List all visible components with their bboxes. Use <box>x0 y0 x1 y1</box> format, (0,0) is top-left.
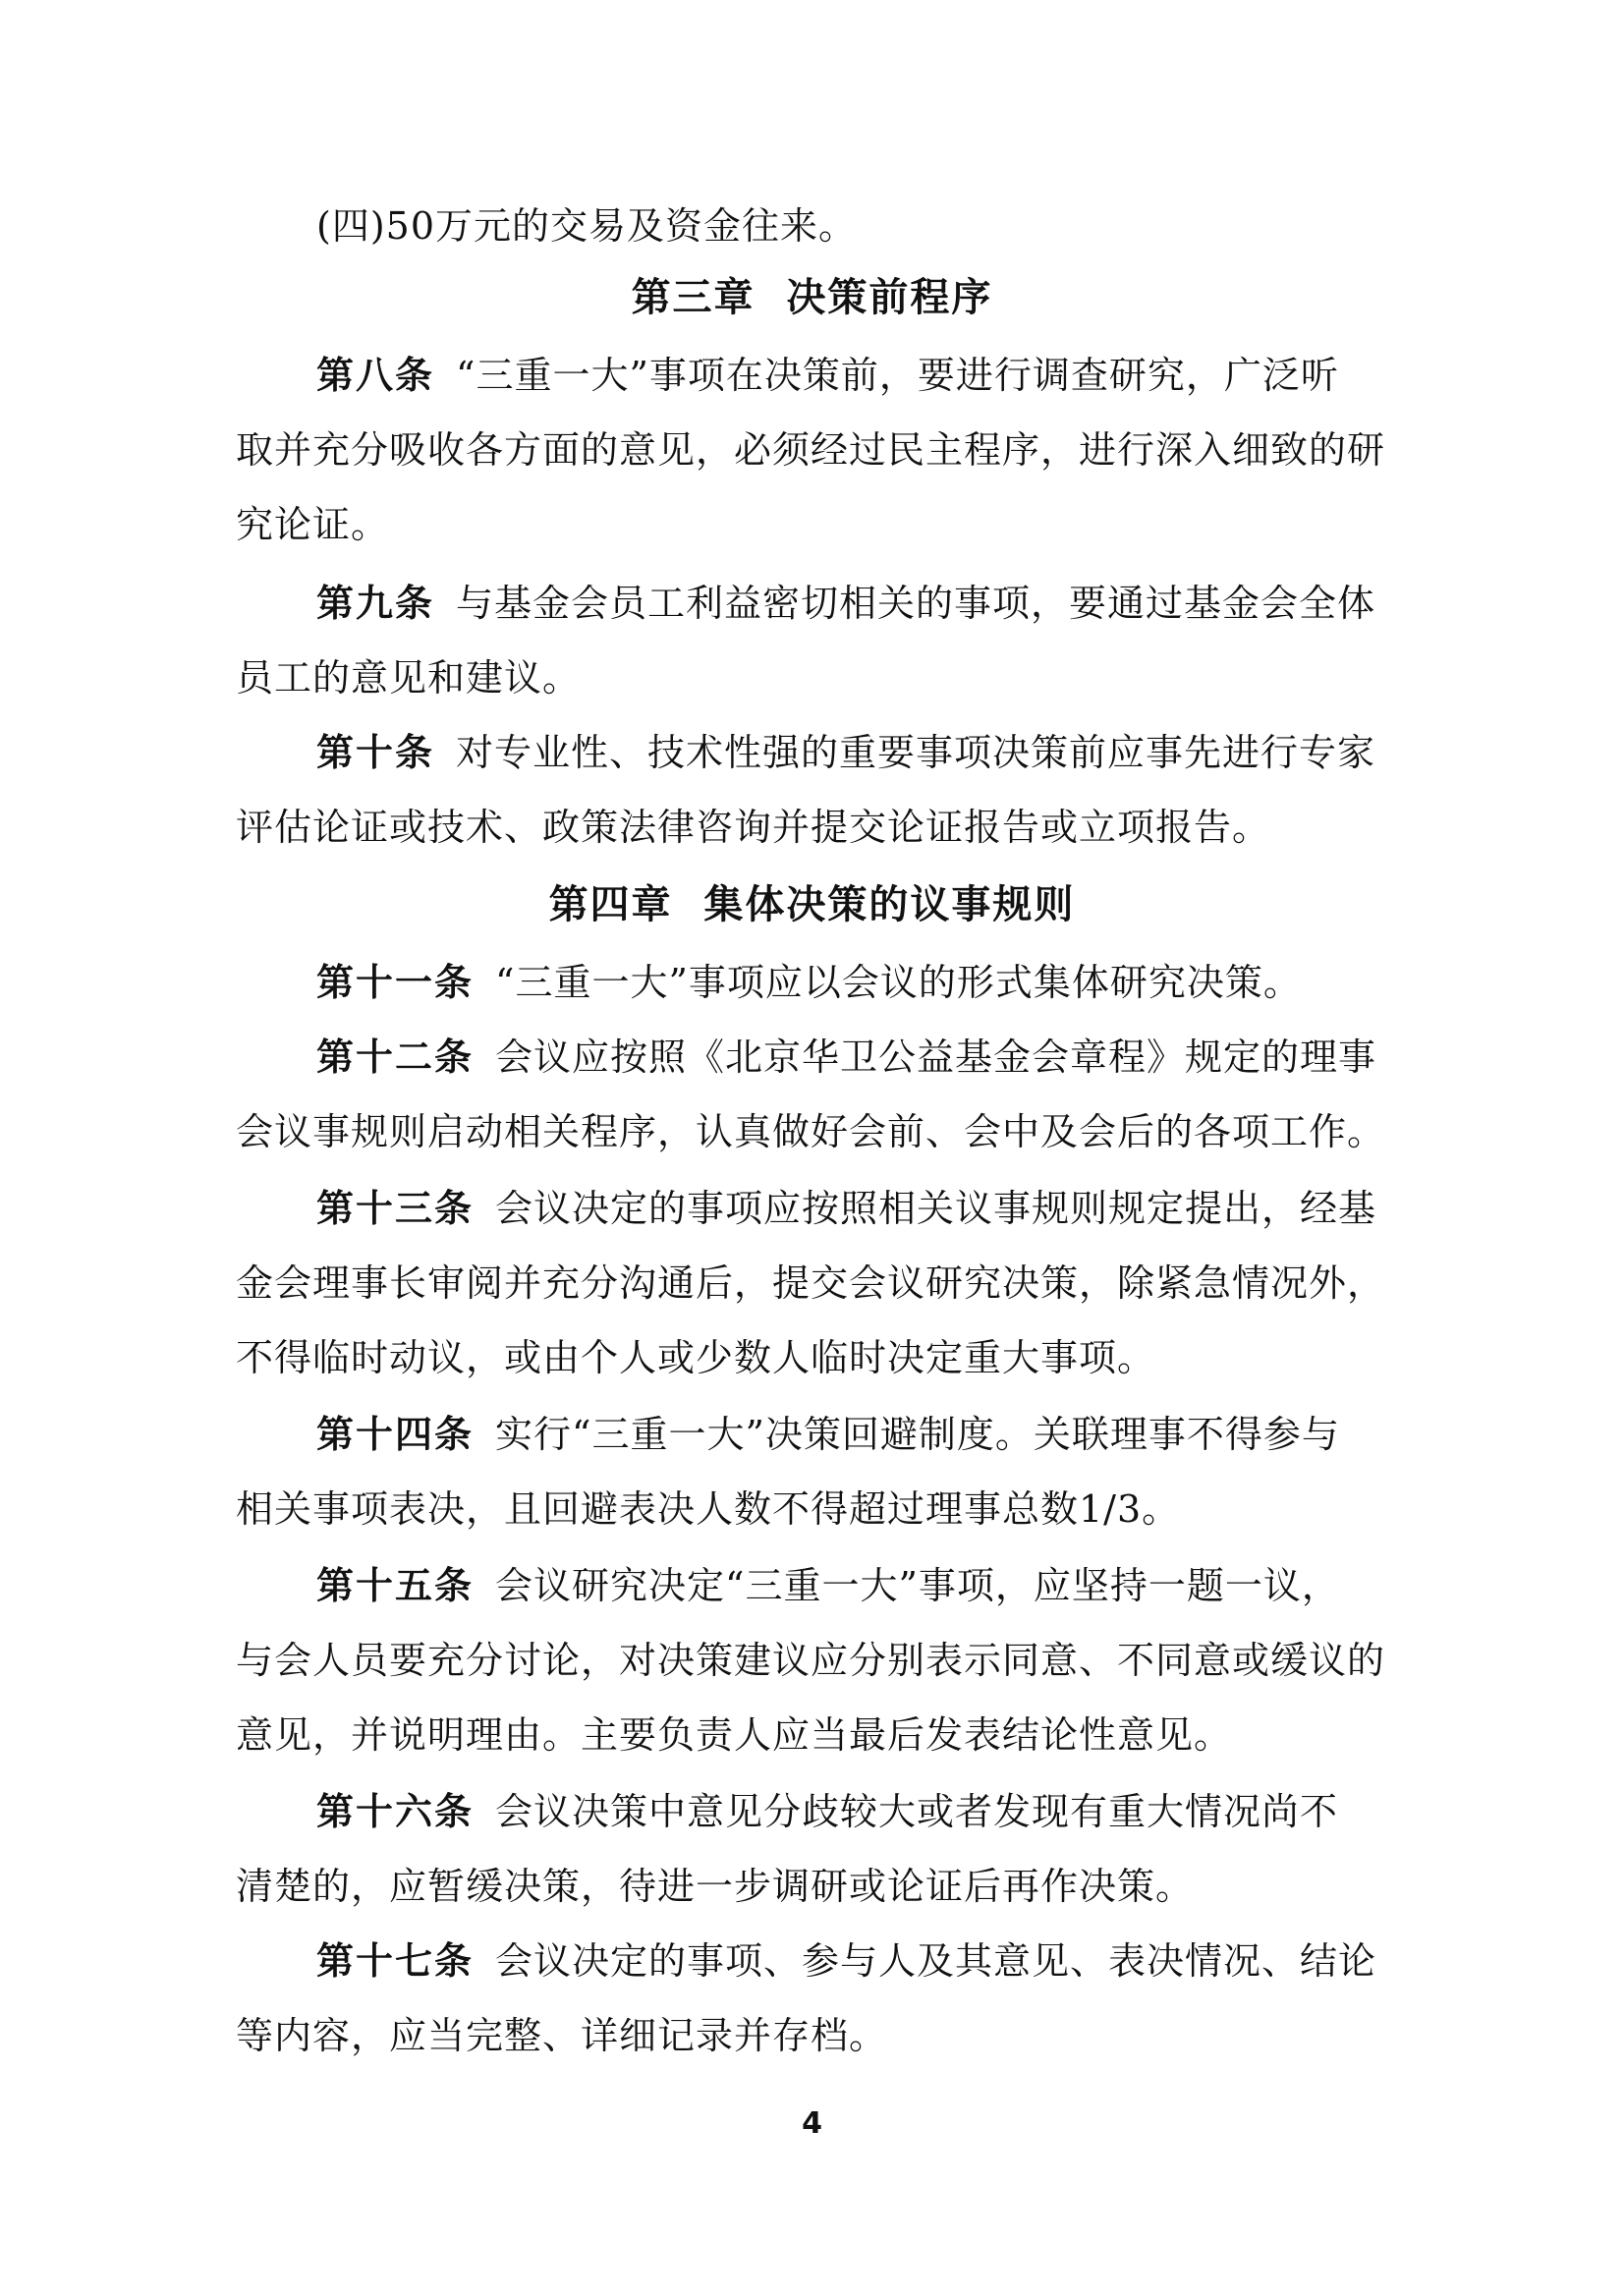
article-16-line-2: 清楚的，应暂缓决策，待进一步调研或论证后再作决策。 <box>236 1863 1395 1910</box>
article-number: 第十三条 <box>316 1187 474 1230</box>
chapter-title-4: 第四章 集体决策的议事规则 <box>0 880 1624 929</box>
article-15-line-3: 意见，并说明理由。主要负责人应当最后发表结论性意见。 <box>236 1711 1395 1759</box>
article-text: 会议应按照《北京华卫公益基金会章程》规定的理事 <box>495 1036 1376 1079</box>
article-10: 第十条对专业性、技术性强的重要事项决策前应事先进行专家 <box>316 729 1476 776</box>
article-number: 第十五条 <box>316 1564 474 1607</box>
article-text: 会议决定的事项应按照相关议事规则规定提出，经基 <box>495 1187 1376 1230</box>
article-text: “三重一大”事项应以会议的形式集体研究决策。 <box>495 961 1302 1004</box>
article-text: 会议研究决定“三重一大”事项，应坚持一题一议， <box>495 1564 1340 1607</box>
intro-item: (四)50万元的交易及资金往来。 <box>316 202 1476 250</box>
article-13: 第十三条会议决定的事项应按照相关议事规则规定提出，经基 <box>316 1185 1476 1232</box>
article-17-line-2: 等内容，应当完整、详细记录并存档。 <box>236 2012 1395 2059</box>
article-text: 会议决定的事项、参与人及其意见、表决情况、结论 <box>495 1939 1376 1983</box>
article-13-line-3: 不得临时动议，或由个人或少数人临时决定重大事项。 <box>236 1334 1395 1381</box>
article-number: 第十七条 <box>316 1939 474 1983</box>
article-8-line-2: 取并充分吸收各方面的意见，必须经过民主程序，进行深入细致的研 <box>236 426 1395 474</box>
article-text: “三重一大”事项在决策前，要进行调查研究，广泛听 <box>456 354 1339 397</box>
page-number: 4 <box>0 2106 1624 2142</box>
article-number: 第十条 <box>316 731 434 774</box>
article-13-line-2: 金会理事长审阅并充分沟通后，提交会议研究决策，除紧急情况外， <box>236 1260 1395 1307</box>
article-text: 对专业性、技术性强的重要事项决策前应事先进行专家 <box>456 731 1375 774</box>
article-9: 第九条与基金会员工利益密切相关的事项，要通过基金会全体 <box>316 580 1476 627</box>
article-12-line-2: 会议事规则启动相关程序，认真做好会前、会中及会后的各项工作。 <box>236 1108 1395 1155</box>
article-number: 第十四条 <box>316 1413 474 1456</box>
article-12: 第十二条会议应按照《北京华卫公益基金会章程》规定的理事 <box>316 1034 1476 1081</box>
article-number: 第八条 <box>316 354 434 397</box>
chapter-title-3: 第三章 决策前程序 <box>0 273 1624 322</box>
article-text: 实行“三重一大”决策回避制度。关联理事不得参与 <box>495 1413 1340 1456</box>
article-11: 第十一条“三重一大”事项应以会议的形式集体研究决策。 <box>316 959 1476 1006</box>
article-16: 第十六条会议决策中意见分歧较大或者发现有重大情况尚不 <box>316 1788 1476 1835</box>
article-number: 第九条 <box>316 582 434 625</box>
article-8: 第八条“三重一大”事项在决策前，要进行调查研究，广泛听 <box>316 352 1476 399</box>
article-text: 会议决策中意见分歧较大或者发现有重大情况尚不 <box>495 1790 1338 1833</box>
article-14-line-2: 相关事项表决，且回避表决人数不得超过理事总数1/3。 <box>236 1485 1395 1533</box>
article-8-line-3: 究论证。 <box>236 501 1395 548</box>
article-14: 第十四条实行“三重一大”决策回避制度。关联理事不得参与 <box>316 1411 1476 1458</box>
article-number: 第十二条 <box>316 1036 474 1079</box>
article-15-line-2: 与会人员要充分讨论，对决策建议应分别表示同意、不同意或缓议的 <box>236 1637 1395 1684</box>
article-17: 第十七条会议决定的事项、参与人及其意见、表决情况、结论 <box>316 1937 1476 1985</box>
document-page: (四)50万元的交易及资金往来。 第三章 决策前程序 第八条“三重一大”事项在决… <box>0 0 1624 2296</box>
article-9-line-2: 员工的意见和建议。 <box>236 654 1395 701</box>
article-15: 第十五条会议研究决定“三重一大”事项，应坚持一题一议， <box>316 1562 1476 1609</box>
article-10-line-2: 评估论证或技术、政策法律咨询并提交论证报告或立项报告。 <box>236 804 1395 851</box>
article-number: 第十六条 <box>316 1790 474 1833</box>
article-text: 与基金会员工利益密切相关的事项，要通过基金会全体 <box>456 582 1375 625</box>
article-number: 第十一条 <box>316 961 474 1004</box>
